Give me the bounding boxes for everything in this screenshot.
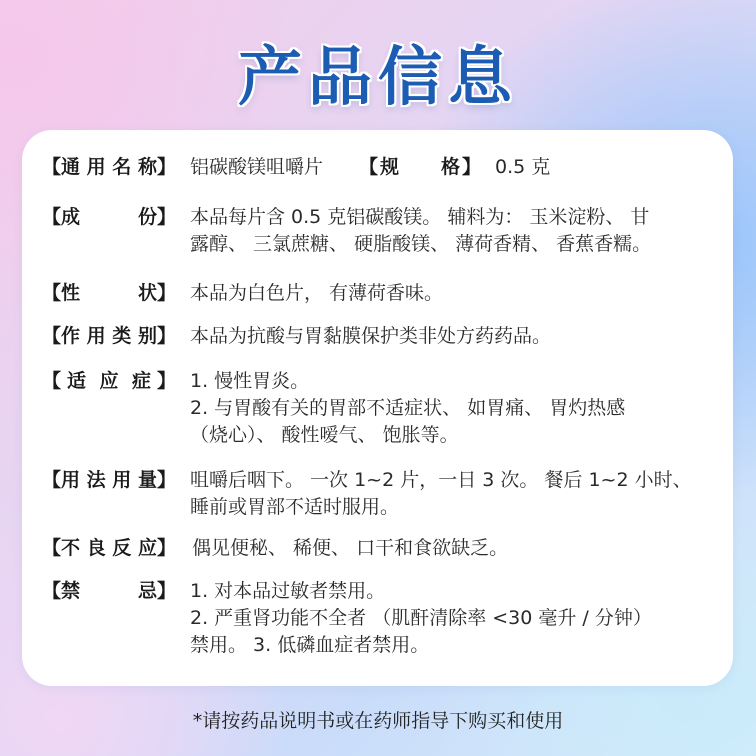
page-title: 产品信息 <box>0 38 756 118</box>
row-value: 本品为抗酸与胃黏膜保护类非处方药药品。 <box>176 323 701 350</box>
row-label: 【 通用名称 】 <box>42 154 176 181</box>
row-label: 【 禁忌 】 <box>42 578 176 659</box>
row-value: 本品每片含 0.5 克铝碳酸镁。 辅料为： 玉米淀粉、 甘 露醇、 三氯蔗糖、 … <box>176 204 701 258</box>
row-value: 本品为白色片， 有薄荷香味。 <box>176 280 701 307</box>
row-label: 【 性状 】 <box>42 280 176 307</box>
row-label: 【 成份 】 <box>42 204 176 258</box>
info-row-dosage: 【 用法用量 】 咀嚼后咽下。 一次 1~2 片，一日 3 次。 餐后 1~2 … <box>42 467 701 521</box>
spec-label: 【 规格 】 <box>359 154 481 181</box>
product-info-card: 【 通用名称 】 铝碳酸镁咀嚼片 【 规格 】 0.5 克 【 成份 <box>22 130 733 686</box>
info-row-appearance: 【 性状 】 本品为白色片， 有薄荷香味。 <box>42 280 701 307</box>
info-row-adverse-reactions: 【 不良反应 】 偶见便秘、 稀便、 口干和食欲缺乏。 <box>42 535 701 562</box>
info-row-ingredients: 【 成份 】 本品每片含 0.5 克铝碳酸镁。 辅料为： 玉米淀粉、 甘 露醇、… <box>42 204 701 258</box>
disclaimer-footer: *请按药品说明书或在药师指导下购买和使用 <box>0 706 756 733</box>
info-row-generic-name: 【 通用名称 】 铝碳酸镁咀嚼片 【 规格 】 0.5 克 <box>42 154 550 181</box>
row-label: 【 不良反应 】 <box>42 535 176 562</box>
row-value: 咀嚼后咽下。 一次 1~2 片，一日 3 次。 餐后 1~2 小时、 睡前或胃部… <box>176 467 701 521</box>
info-row-category: 【 作用类别 】 本品为抗酸与胃黏膜保护类非处方药药品。 <box>42 323 701 350</box>
info-row-spec: 【 规格 】 0.5 克 <box>359 154 550 181</box>
row-value: 1. 对本品过敏者禁用。 2. 严重肾功能不全者 （肌酐清除率 <30 毫升 /… <box>176 578 701 659</box>
info-row-indications: 【 适应症 】 1. 慢性胃炎。 2. 与胃酸有关的胃部不适症状、 如胃痛、 胃… <box>42 368 701 449</box>
row-label: 【 适应症 】 <box>42 368 176 449</box>
info-row-contraindications: 【 禁忌 】 1. 对本品过敏者禁用。 2. 严重肾功能不全者 （肌酐清除率 <… <box>42 578 701 659</box>
row-value: 1. 慢性胃炎。 2. 与胃酸有关的胃部不适症状、 如胃痛、 胃灼热感 （烧心）… <box>176 368 701 449</box>
row-value: 偶见便秘、 稀便、 口干和食欲缺乏。 <box>176 535 701 562</box>
spec-value: 0.5 克 <box>481 154 550 181</box>
row-label: 【 用法用量 】 <box>42 467 176 521</box>
row-value: 铝碳酸镁咀嚼片 <box>176 154 323 181</box>
row-label: 【 作用类别 】 <box>42 323 176 350</box>
